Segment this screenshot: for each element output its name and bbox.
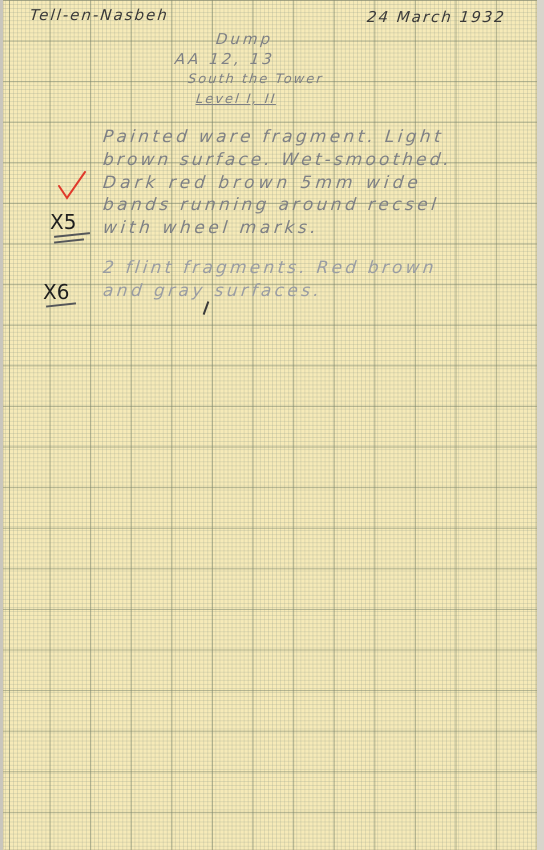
entry-marker-x6: X6: [43, 280, 69, 304]
entry-x5-line-2: brown surface. Wet-smoothed.: [102, 150, 453, 170]
pencil-stroke: [203, 301, 209, 315]
graph-paper-record-card: Tell-en-Nasbeh 24 March 1932 Dump AA 12,…: [3, 0, 537, 850]
header-context: Dump: [215, 30, 274, 48]
entry-x6-line-2: and gray surfaces.: [102, 281, 323, 301]
scan-edge: [537, 0, 544, 850]
marker-underline: [54, 238, 84, 243]
red-check-icon: [57, 170, 87, 202]
entry-x5-line-1: Painted ware fragment. Light: [102, 127, 445, 147]
entry-x6-line-1: 2 flint fragments. Red brown: [102, 258, 438, 278]
entry-x5-line-5: with wheel marks.: [102, 218, 321, 238]
site-name: Tell-en-Nasbeh: [29, 6, 170, 24]
header-level: Level I, II: [195, 92, 277, 107]
header-location: South the Tower: [187, 72, 324, 87]
header-square: AA 12, 13: [174, 50, 276, 68]
entry-x5-line-4: bands running around recsel: [102, 195, 440, 215]
entry-marker-x5: X5: [50, 210, 76, 234]
entry-x5-line-3: Dark red brown 5mm wide: [102, 173, 423, 193]
record-date: 24 March 1932: [366, 8, 507, 26]
